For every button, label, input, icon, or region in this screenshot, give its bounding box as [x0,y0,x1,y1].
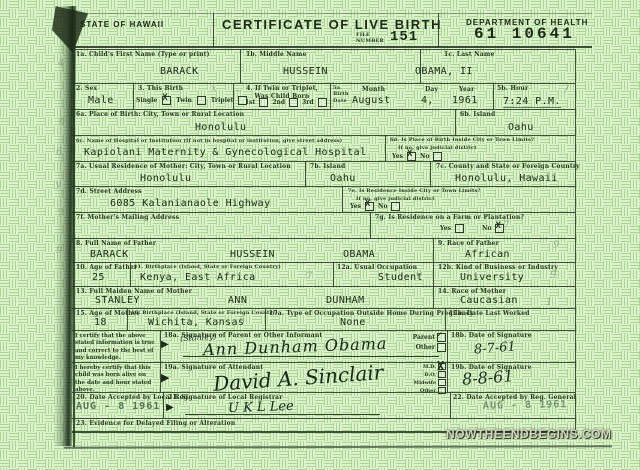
pencil-mark: 9 [553,240,559,251]
grid-line [493,83,494,109]
no-label: No [378,203,388,210]
hospital-value: Kapiolani Maternity & Gynecological Hosp… [84,147,367,158]
grid-line [72,186,575,187]
grid-line [370,212,371,238]
grid-line [330,83,331,109]
option-twin-label: Twin [176,97,192,104]
field-label-9: 9. Race of Father [438,240,499,247]
grid-line [72,330,575,331]
grid-line [433,262,434,286]
year-label: Year [459,86,474,93]
grid-line [450,392,451,418]
pencil-mark: 6 [239,315,245,326]
yes-label: Yes [440,225,451,232]
grid-line [133,83,134,109]
option-1st-label: 1st [245,99,255,106]
father-race-value: African [465,249,510,260]
field-label-7g: 7g. Is Residence on a Farm or Plantation… [375,214,524,221]
parent-check-mark: ✓ [437,330,442,340]
yes-check-mark: X [365,199,370,209]
this-birth-options: Single X Twin Triplet [136,96,247,105]
field-label-6d: 6d. Is Place of Birth Inside City or Tow… [390,137,570,143]
mother-occupation-value: None [340,317,366,328]
certificate-number: 61 10641 [474,25,575,43]
checkbox-md: X [438,363,446,370]
do-label: D.O. [424,372,436,378]
grid-line [72,161,575,162]
field-label-12b: 12b. Kind of Business or Industry [438,264,558,271]
grid-line [433,286,434,308]
grid-line [447,330,448,362]
father-middle-name: HUSSEIN [230,249,275,260]
grid-line [72,13,592,14]
pencil-mark: 7 [57,209,63,220]
pencil-mark: 6 [56,147,62,158]
residence-island-value: Oahu [330,173,356,184]
checkbox-informant-other [437,343,446,352]
grid-line [213,13,214,47]
field-label-7d: 7d. Street Address [76,188,142,195]
parent-label: Parent [413,334,435,341]
field-label-11: 11. Birthplace (Island, State or Foreign… [134,264,281,270]
pointer-arrow-icon: ▶ [166,402,174,413]
grid-line [72,238,575,239]
checkbox-single: X [162,96,171,105]
no-label: No [420,153,430,160]
mother-last-name: DUNHAM [326,295,365,306]
attendant-statement: I hereby certify that this child was bor… [75,365,157,395]
checkbox-3rd [318,98,327,107]
informant-statement: I certify that the above stated informat… [75,333,157,363]
grid-line [72,49,575,50]
grid-line [333,262,334,286]
birth-island-value: Oahu [508,122,534,133]
residence-value: Honolulu [140,173,191,184]
pencil-mark: 4 [58,58,64,69]
field-label-16: 16. Birthplace (Island, State or Foreign… [131,310,278,316]
field-label-7e: 7e. Is Residence Inside City or Town Lim… [348,188,538,194]
farm-options: Yes No X [440,224,504,233]
general-accepted-stamp: AUG - 8 1961 [483,399,567,411]
grid-line [72,135,575,136]
no-label: No [482,225,492,232]
field-label-2: 2. Sex [76,85,97,92]
attendant-date: 8-8-61 [461,366,514,389]
field-label-12a: 12a. Usual Occupation [337,264,417,271]
field-label-5b: 5b. Hour [497,85,528,92]
grid-line [385,135,386,161]
field-label-8: 8. Full Name of Father [76,240,156,247]
grid-line [72,286,575,287]
checkbox-attendant-other [438,387,446,394]
mother-birthplace-value: Wichita, Kansas [148,317,244,328]
pointer-arrow-icon: ▶ [161,371,169,384]
state-name: STATE OF HAWAII [80,20,164,29]
pencil-mark: 9 [550,270,556,281]
checkbox-7e-yes: X [365,202,374,211]
field-label-3: 3. This Birth [138,85,183,92]
pencil-mark: 6 [59,116,65,127]
grid-line [240,49,241,83]
month-label: Month [362,86,385,93]
other-label: Other [420,388,436,394]
other-label: Other [416,344,435,351]
checkbox-1st [259,98,268,107]
registrar-signature: U K L Lee [228,399,294,416]
field-label-7c: 7c. County and State or Foreign Country [436,163,580,170]
pencil-mark: y [55,179,61,190]
father-industry-value: University [460,272,524,283]
mother-race-value: Caucasian [460,295,518,306]
field-label-1c: 1c. Last Name [444,51,495,58]
place-of-birth-value: Honolulu [195,122,246,133]
child-middle-name: HUSSEIN [283,66,328,77]
checkbox-twin [197,96,206,105]
pencil-mark: o [416,268,422,279]
hour-value: 7:24 P.M. [503,96,561,108]
mother-first-name: STANLEY [95,295,140,306]
checkbox-7g-yes [455,224,464,233]
father-first-name: BARACK [90,249,129,260]
grid-line [305,161,306,186]
md-label: M.D. [423,364,436,370]
father-birthplace-value: Kenya, East Africa [140,272,256,283]
field-label-7a: 7a. Usual Residence of Mother: City, Tow… [76,163,291,170]
field-label-7f: 7f. Mother's Mailing Address [76,214,179,221]
field-label-6c: 6c. Name of Hospital or Institution (If … [76,138,342,144]
grid-line [72,46,592,48]
field-label-23: 23. Evidence for Delayed Filing or Alter… [76,420,235,427]
checkbox-parent: ✓ [437,333,446,342]
grid-line [72,418,575,419]
informant-type-options: Parent✓ Other [404,333,446,353]
option-single-label: Single [136,97,157,104]
no-check-mark: X [495,221,500,231]
field-label-6b: 6b. Island [460,111,495,118]
child-last-name: OBAMA, II [415,66,473,77]
field-label-13: 13. Full Maiden Name of Mother [76,288,192,295]
checkbox-7e-no [391,202,400,211]
day-label: Day [425,86,438,93]
pencil-mark: 1 [546,297,552,308]
file-number-label: FILE NUMBER [356,32,380,45]
yes-check-mark: X [407,149,412,159]
grid-line [430,161,431,186]
pencil-mark: 7 [503,220,509,231]
file-number: 151 [390,29,418,45]
pencil-mark: 9 [56,245,62,256]
checkbox-6d-yes: X [407,152,416,161]
grid-line [72,212,575,213]
site-watermark: NOWTHEENDBEGINS.COM [446,427,612,441]
residence-county-value: Honolulu, Hawaii [455,173,558,184]
field-label-14: 14. Race of Mother [438,288,506,295]
grid-line [447,362,448,392]
informant-date: 8-7-61 [474,340,517,358]
child-first-name: BARACK [160,66,199,77]
twin-order-options: 1st 2nd 3rd [245,98,327,107]
yes-label: Yes [350,203,361,210]
grid-line [455,109,456,135]
pointer-arrow-icon: ▶ [161,339,169,350]
street-address-value: 6085 Kalanianaole Highway [110,198,271,209]
birth-year: 1961 [452,95,478,106]
field-label-7b: 7b. Island [310,163,345,170]
grid-line [72,308,575,309]
birth-day: 4, [421,95,434,106]
mother-middle-name: ANN [228,295,247,306]
midwife-label: Midwife [414,380,436,386]
father-last-name: OBAMA [343,249,375,260]
checkbox-6d-no [433,152,442,161]
mother-age-value: 18 [94,317,107,328]
father-age-value: 25 [92,272,105,283]
checkbox-do [438,371,446,378]
field-label-18b: 18b. Date of Signature [451,332,532,339]
field-label-17a: 17a. Type of Occupation Outside Home Dur… [269,310,474,317]
grid-line [72,109,575,110]
birth-month: August [352,95,391,106]
pencil-mark: / [565,84,568,95]
pencil-mark: 7 [306,271,312,282]
field-label-6a: 6a. Place of Birth: City, Town or Rural … [76,111,244,118]
checkbox-2nd [289,98,298,107]
single-check-mark: X [162,93,167,103]
pencil-mark: ~ [234,86,242,97]
grid-line [575,49,576,432]
option-3rd-label: 3rd [302,99,314,106]
field-label-10: 10. Age of Father [76,264,137,271]
birth-certificate-scan: STATE OF HAWAII CERTIFICATE OF LIVE BIRT… [0,0,640,470]
pencil-mark: x [211,83,217,94]
birth-inside-limits-options: Yes X No [392,152,442,161]
local-accepted-stamp: AUG - 8 1961 [76,401,160,412]
field-label-1b: 1b. Middle Name [246,51,307,58]
grid-line [72,83,575,84]
field-label-1a: 1a. Child's First Name (Type or print) [76,51,210,58]
grid-line [72,262,575,263]
grid-line [433,238,434,262]
attendant-type-options: M.D.X D.O. Midwife Other [402,363,446,395]
yes-label: Yes [392,153,403,160]
option-triplet-label: Triplet [211,97,234,104]
field-label-17b: 17b. Date Last Worked [449,310,530,317]
residence-inside-limits-options: Yes X No [350,202,400,211]
grid-line [342,186,343,212]
checkbox-midwife [438,379,446,386]
option-2nd-label: 2nd [272,99,285,106]
sex-value: Male [88,95,114,106]
